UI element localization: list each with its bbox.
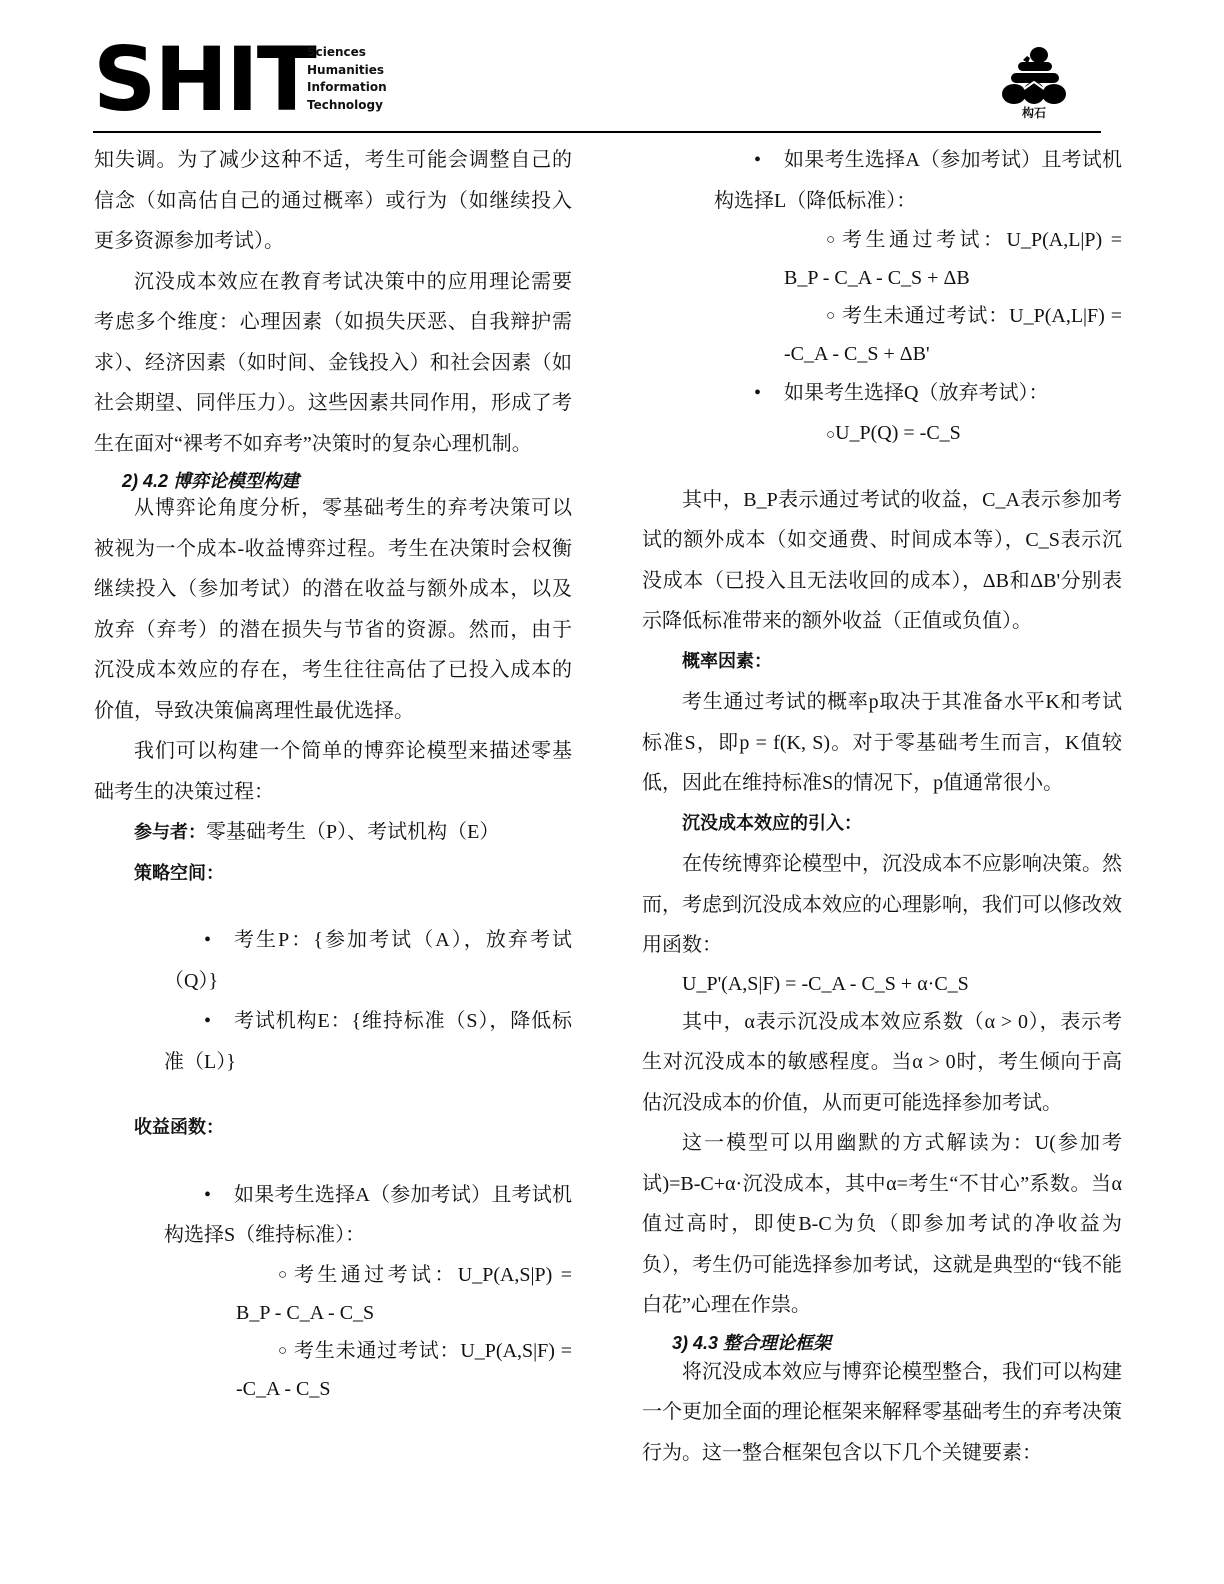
circle-bullet-icon: ○ — [826, 297, 835, 335]
paragraph: 沉没成本效应在教育考试决策中的应用理论需要考虑多个维度：心理因素（如损失厌恶、自… — [94, 262, 572, 465]
circle-bullet-icon: ○ — [826, 221, 835, 259]
bullet-dot-icon: • — [754, 140, 761, 181]
utility-formula: U_P'(A,S|F) = -C_A - C_S + α·C_S — [642, 966, 1122, 1002]
paragraph: 考生通过考试的概率p取决于其准备水平K和考试标准S，即p = f(K, S)。对… — [642, 682, 1122, 804]
rock-pile-icon — [1001, 46, 1067, 106]
left-column: 知失调。为了减少这种不适，考生可能会调整自己的信念（如高估自己的通过概率）或行为… — [94, 140, 572, 1408]
bullet-text: 如果考生选择A（参加考试）且考试机构选择S（维持标准）： — [164, 1184, 572, 1247]
paragraph: 其中，α表示沉没成本效应系数（α > 0），表示考生对沉没成本的敏感程度。当α … — [642, 1002, 1122, 1124]
bullet-dot-icon: • — [754, 373, 761, 414]
paragraph: 我们可以构建一个简单的博弈论模型来描述零基础考生的决策过程： — [94, 731, 572, 812]
spacer — [94, 1082, 572, 1108]
bullet-item: •如果考生选择Q（放弃考试）： — [642, 373, 1122, 414]
circle-bullet-icon: ○ — [278, 1332, 287, 1370]
logo-word: Technology — [307, 97, 387, 115]
players-label: 参与者： — [134, 822, 206, 843]
sub-bullet-item: ○考生未通过考试：U_P(A,S|F) = -C_A - C_S — [94, 1332, 572, 1408]
paragraph: 知失调。为了减少这种不适，考生可能会调整自己的信念（如高估自己的通过概率）或行为… — [94, 140, 572, 262]
header-divider — [93, 131, 1101, 133]
paragraph: 在传统博弈论模型中，沉没成本不应影响决策。然而，考虑到沉没成本效应的心理影响，我… — [642, 844, 1122, 966]
sub-bullet-text: U_P(Q) = -C_S — [835, 422, 961, 444]
logo-subtitle: Sciences Humanities Information Technolo… — [307, 44, 387, 114]
circle-bullet-icon: ○ — [826, 427, 835, 443]
spacer — [642, 454, 1122, 480]
strategy-label: 策略空间： — [94, 854, 572, 895]
circle-bullet-icon: ○ — [278, 1256, 287, 1294]
players-line: 参与者：零基础考生（P）、考试机构（E） — [94, 812, 572, 854]
spacer — [94, 1149, 572, 1175]
bullet-text: 如果考生选择Q（放弃考试）： — [754, 382, 1048, 404]
bullet-item: •考生P：{参加考试（A），放弃考试（Q）} — [94, 920, 572, 1001]
bullet-dot-icon: • — [204, 920, 211, 961]
sub-bullet-item: ○考生通过考试：U_P(A,L|P) = B_P - C_A - C_S + Δ… — [642, 221, 1122, 297]
probability-label: 概率因素： — [642, 642, 1122, 683]
bullet-text: 考试机构E：{维持标准（S），降低标准（L）} — [164, 1010, 572, 1073]
bullet-item: •如果考生选择A（参加考试）且考试机构选择L（降低标准）： — [642, 140, 1122, 221]
right-column: •如果考生选择A（参加考试）且考试机构选择L（降低标准）： ○考生通过考试：U_… — [642, 140, 1122, 1473]
paragraph: 从博弈论角度分析，零基础考生的弃考决策可以被视为一个成本-收益博弈过程。考生在决… — [94, 488, 572, 731]
bullet-text: 如果考生选择A（参加考试）且考试机构选择L（降低标准）： — [714, 149, 1122, 212]
paragraph: 将沉没成本效应与博弈论模型整合，我们可以构建一个更加全面的理论框架来解释零基础考… — [642, 1352, 1122, 1474]
bullet-item: •考试机构E：{维持标准（S），降低标准（L）} — [94, 1001, 572, 1082]
paragraph: 其中，B_P表示通过考试的收益，C_A表示参加考试的额外成本（如交通费、时间成本… — [642, 480, 1122, 642]
sub-bullet-item: ○考生未通过考试：U_P(A,L|F) = -C_A - C_S + ΔB' — [642, 297, 1122, 373]
paragraph: 这一模型可以用幽默的方式解读为：U(参加考试)=B-C+α·沉没成本，其中α=考… — [642, 1123, 1122, 1326]
page-header: SHIT Sciences Humanities Information Tec… — [93, 40, 1101, 132]
sub-bullet-item: ○考生通过考试：U_P(A,S|P) = B_P - C_A - C_S — [94, 1256, 572, 1332]
shit-logo: SHIT — [93, 40, 315, 120]
sunk-cost-label: 沉没成本效应的引入： — [642, 804, 1122, 845]
bullet-dot-icon: • — [204, 1001, 211, 1042]
rock-pile-logo: 构石 — [999, 46, 1069, 122]
sub-bullet-item: ○U_P(Q) = -C_S — [642, 414, 1122, 454]
bullet-item: •如果考生选择A（参加考试）且考试机构选择S（维持标准）： — [94, 1175, 572, 1256]
rock-logo-label: 构石 — [999, 106, 1069, 120]
logo-word: Information — [307, 79, 387, 97]
bullet-text: 考生P：{参加考试（A），放弃考试（Q）} — [164, 929, 572, 992]
spacer — [94, 894, 572, 920]
logo-word: Humanities — [307, 62, 387, 80]
bullet-dot-icon: • — [204, 1175, 211, 1216]
logo-word: Sciences — [307, 44, 387, 62]
payoff-label: 收益函数： — [94, 1108, 572, 1149]
players-text: 零基础考生（P）、考试机构（E） — [206, 821, 499, 843]
